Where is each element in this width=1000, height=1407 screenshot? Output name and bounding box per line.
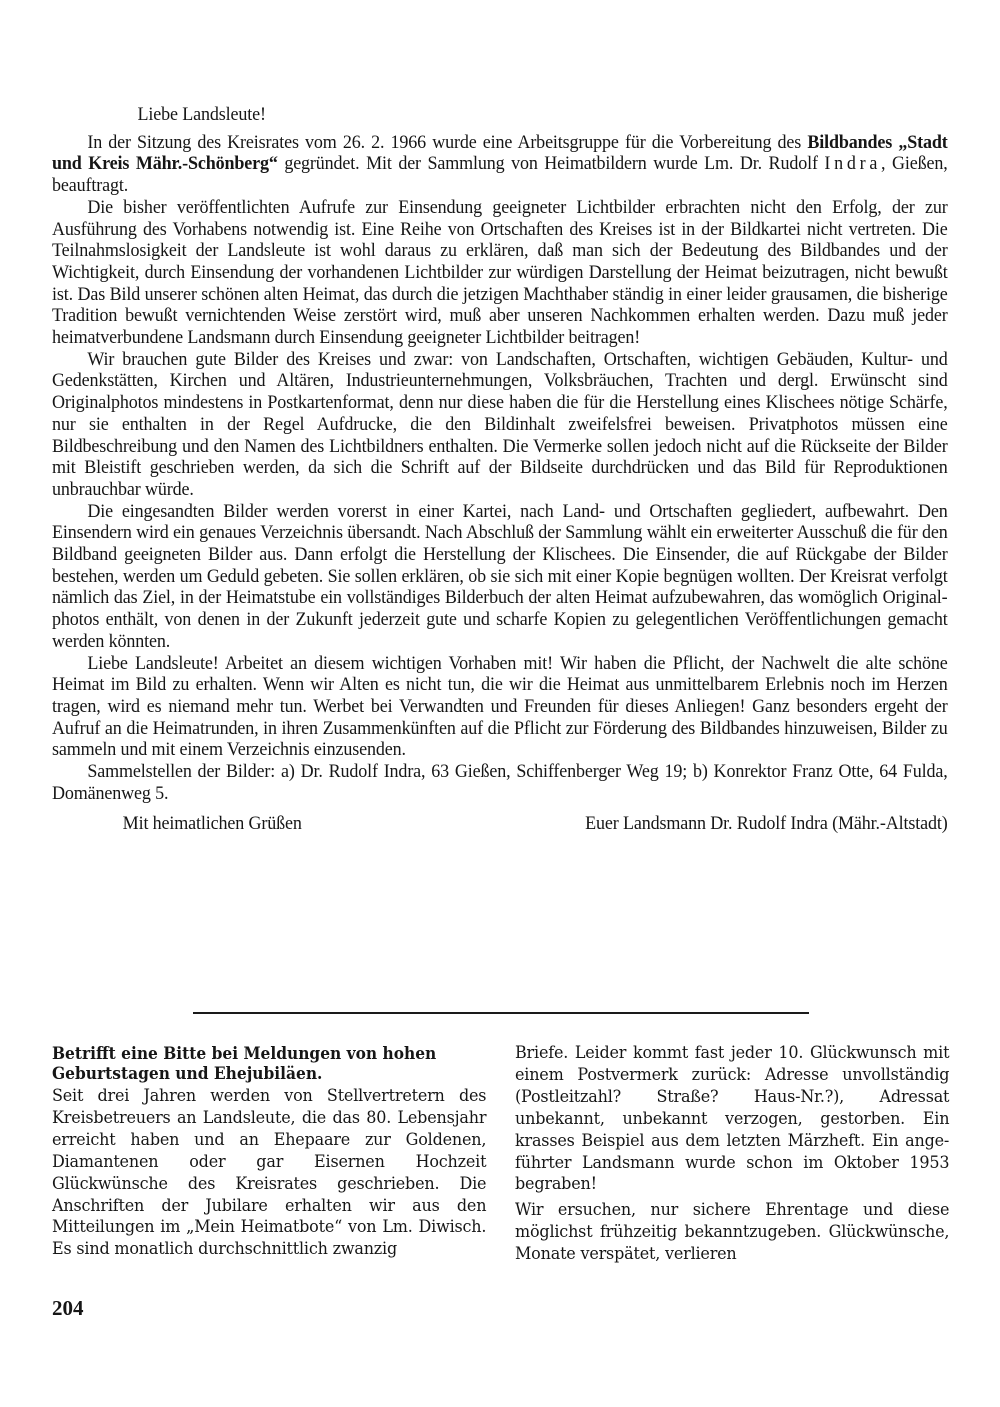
article-left-column: Betrifft eine Bitte bei Meldungen von ho… bbox=[52, 1043, 456, 1261]
article-heading: Betrifft eine Bitte bei Meldungen von ho… bbox=[52, 1043, 486, 1083]
letter-section: Liebe Landsleute! In der Sitzung des Kre… bbox=[52, 104, 885, 834]
page-number: 204 bbox=[52, 1296, 84, 1321]
author-name-spaced: Indra bbox=[824, 153, 881, 174]
document-page: Liebe Landsleute! In der Sitzung des Kre… bbox=[0, 0, 1000, 1407]
letter-paragraph-6: Sammelstellen der Bilder: a) Dr. Rudolf … bbox=[52, 761, 948, 804]
letter-paragraph-5: Liebe Landsleute! Arbeitet an diesem wic… bbox=[52, 653, 948, 762]
letter-closing: Mit heimatlichen Grüßen bbox=[87, 813, 301, 835]
letter-paragraph-1: In der Sitzung des Kreisrates vom 26. 2.… bbox=[52, 132, 948, 197]
letter-signature-line: Mit heimatlichen Grüßen Euer Landsmann D… bbox=[52, 813, 948, 835]
section-divider bbox=[193, 1012, 809, 1014]
article-left-paragraph-1: Seit drei Jahren werden von Stellvertret… bbox=[52, 1086, 486, 1261]
letter-paragraph-4: Die eingesandten Bilder werden vorerst i… bbox=[52, 501, 948, 653]
p1-text-before: In der Sitzung des Kreisrates vom 26. 2.… bbox=[87, 132, 807, 153]
article-right-paragraph-2: Wir ersuchen, nur sichere Ehrentage und … bbox=[515, 1200, 949, 1266]
p1-text-middle: gegründet. Mit der Sammlung von Heimatbi… bbox=[278, 153, 825, 174]
article-right-paragraph-1: Briefe. Leider kommt fast jeder 10. Glüc… bbox=[515, 1043, 949, 1196]
letter-paragraph-3: Wir brauchen gute Bilder des Kreises und… bbox=[52, 349, 948, 501]
letter-greeting: Liebe Landsleute! bbox=[52, 104, 948, 126]
letter-paragraph-2: Die bisher veröffentlichten Aufrufe zur … bbox=[52, 197, 948, 349]
article-right-column: Briefe. Leider kommt fast jeder 10. Glüc… bbox=[515, 1043, 919, 1266]
letter-signature: Euer Landsmann Dr. Rudolf Indra (Mähr.-A… bbox=[550, 813, 948, 835]
